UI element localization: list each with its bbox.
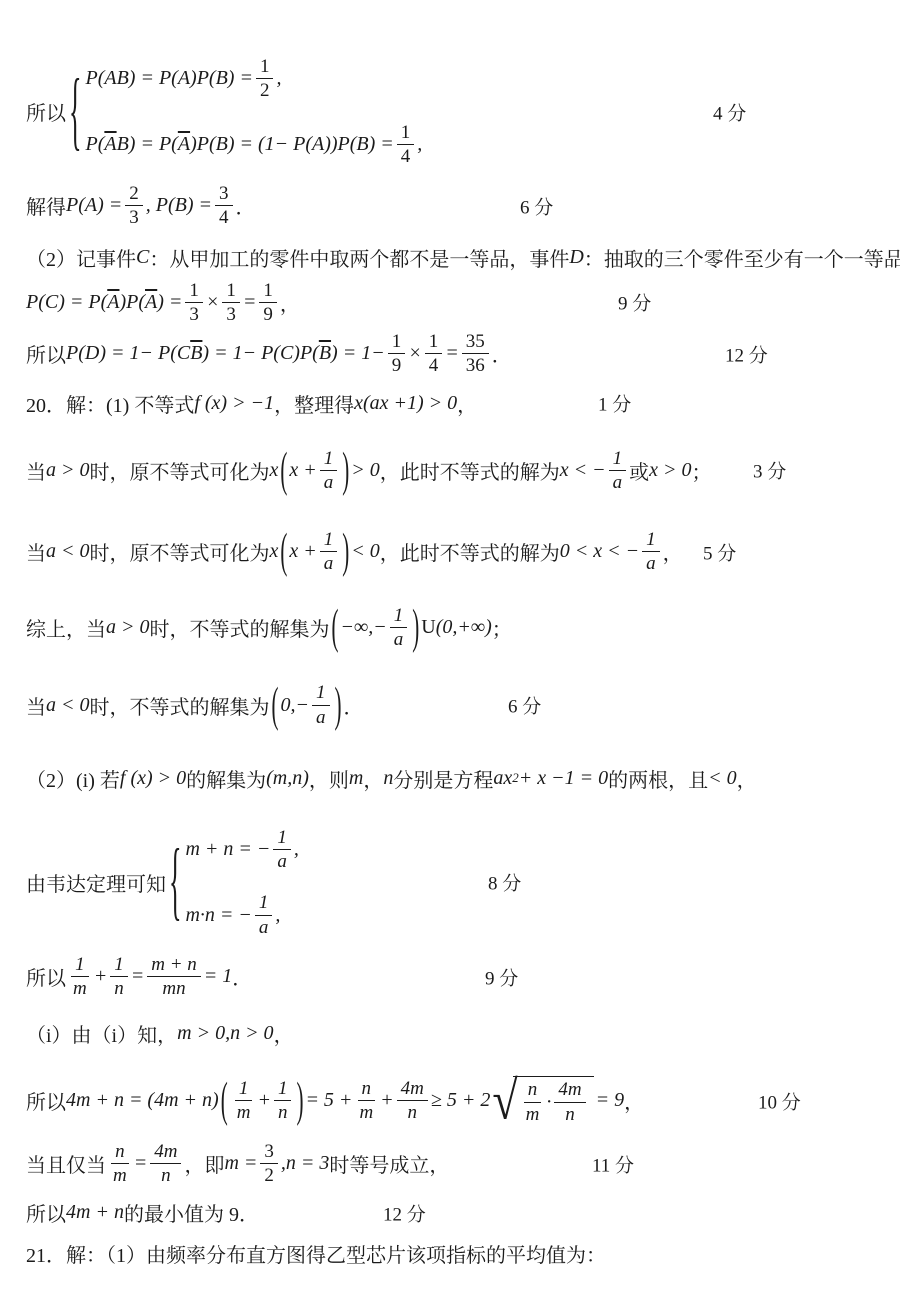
text-run: ，整理得 (274, 389, 354, 418)
fraction: m + nmn (147, 954, 201, 1000)
score-marker: 6 分 (508, 692, 541, 719)
fraction-numerator: 1 (390, 605, 408, 628)
overline-variable: A (104, 133, 116, 156)
system-brace-icon: { (169, 838, 181, 926)
math-run: x (270, 540, 279, 563)
fraction-numerator: 1 (609, 448, 627, 471)
math-run: x + (289, 459, 316, 482)
math-run: = 5 + (305, 1089, 352, 1112)
fraction: 1a (642, 529, 660, 575)
fraction-numerator: 1 (110, 954, 128, 977)
fraction-numerator: 1 (222, 280, 240, 303)
math-run: , (276, 67, 281, 90)
math-run: > 0 (351, 459, 380, 482)
text-run: 时等号成立， (329, 1149, 449, 1178)
big-paren: ( (272, 681, 279, 729)
text-run: ． (232, 962, 252, 991)
text-run: 时，原不等式可化为 (90, 456, 270, 485)
math-run: = (134, 1152, 148, 1175)
text-run: 当 (26, 537, 46, 566)
fraction-denominator: m (109, 1164, 131, 1186)
math-run: B) = P( (117, 133, 178, 156)
math-run: < 0 (351, 540, 380, 563)
score-marker: 9 分 (485, 963, 518, 990)
math-run: )P(B) = (1− P(A))P(B) = (190, 133, 394, 156)
fraction-numerator: 1 (397, 122, 415, 145)
fraction: 1a (609, 448, 627, 494)
fraction-denominator: 36 (462, 354, 489, 376)
fraction: 1n (274, 1078, 292, 1124)
math-run: , (275, 904, 280, 927)
fraction: 4mn (150, 1141, 181, 1187)
text-run: 的解集为 (186, 764, 266, 793)
math-run: m (349, 767, 363, 790)
big-paren: ) (296, 1076, 303, 1124)
text-run: （2）(i) 若 (26, 764, 120, 793)
fraction: 19 (259, 280, 277, 326)
fraction: 19 (388, 331, 406, 377)
text-run: ，即 (184, 1149, 224, 1178)
solution-line: 综上，当a > 0时，不等式的解集为(−∞,−1a)U(0,+∞)； (26, 605, 884, 651)
solution-line: 所以{P(AB) = P(A)P(B) = 12,P(AB) = P(A)P(B… (26, 56, 884, 167)
system-rows: m + n = −1a,m·n = −1a, (185, 827, 298, 938)
solution-line: P(C) = P(A)P(A) = 13×13 = 19，9 分 (26, 280, 884, 326)
overline-variable: B (190, 342, 202, 365)
math-run: x(ax +1) > 0 (354, 392, 457, 415)
fraction-numerator: n (358, 1078, 376, 1101)
math-run: P(A) = (66, 194, 122, 217)
score-marker: 4 分 (713, 98, 746, 125)
math-run: x < − (560, 459, 606, 482)
system-row: m·n = −1a, (185, 892, 298, 938)
fraction-denominator: a (609, 471, 627, 493)
fraction-numerator: 1 (320, 448, 338, 471)
math-run: 0 < x < − (560, 540, 639, 563)
solution-line: 所以P(D) = 1− P(CB) = 1− P(C)P(B) = 1−19×1… (26, 331, 884, 377)
text-run: ， (280, 288, 300, 317)
fraction-numerator: 4m (150, 1141, 181, 1164)
fraction-denominator: n (110, 977, 128, 999)
solution-line: 20．解：(1) 不等式 f (x) > −1，整理得 x(ax +1) > 0… (26, 389, 884, 418)
text-run: ，此时不等式的解为 (380, 456, 560, 485)
text-run: ，则 (309, 764, 349, 793)
fraction-numerator: 3 (215, 183, 233, 206)
math-run: ) = 1− P(C)P( (202, 342, 318, 365)
fraction-denominator: m (69, 977, 91, 999)
fraction-denominator: 3 (125, 206, 143, 228)
text-run: 时，不等式的解集为 (150, 613, 330, 642)
score-marker: 1 分 (598, 390, 631, 417)
score-marker: 6 分 (520, 192, 553, 219)
solution-line: 当a > 0时，原不等式可化为 x(x +1a)> 0，此时不等式的解为 x <… (26, 448, 884, 494)
big-paren: ( (280, 528, 287, 576)
fraction-numerator: 1 (185, 280, 203, 303)
fraction: 1a (390, 605, 408, 651)
fraction-numerator: 35 (462, 331, 489, 354)
fraction-denominator: 9 (388, 354, 406, 376)
math-run: a < 0 (46, 540, 90, 563)
fraction: nm (109, 1141, 131, 1187)
text-run: 的最小值为 9． (124, 1198, 259, 1227)
text-run: ； (492, 613, 512, 642)
math-run: x > 0 (649, 459, 691, 482)
overline-variable: A (107, 291, 119, 314)
text-run: 当 (26, 691, 46, 720)
text-run: 当且仅当 (26, 1149, 106, 1178)
fraction-denominator: a (255, 916, 273, 938)
math-run: × (408, 342, 422, 365)
fraction: 1m (69, 954, 91, 1000)
math-run: (0,+∞) (436, 616, 492, 639)
text-run: 当 (26, 456, 46, 485)
math-run: < 0 (708, 767, 737, 790)
system-rows: P(AB) = P(A)P(B) = 12,P(AB) = P(A)P(B) =… (85, 56, 422, 167)
fraction-denominator: n (404, 1101, 422, 1123)
math-run: = (131, 965, 145, 988)
big-paren: ) (412, 603, 419, 651)
math-run: a < 0 (46, 694, 90, 717)
fraction: 1a (320, 448, 338, 494)
fraction: 34 (215, 183, 233, 229)
math-run: )P( (119, 291, 145, 314)
text-run: ：从甲加工的零件中取两个都不是一等品，事件 (149, 243, 569, 272)
fraction-denominator: n (274, 1101, 292, 1123)
document-page: 所以{P(AB) = P(A)P(B) = 12,P(AB) = P(A)P(B… (0, 0, 900, 1290)
score-marker: 9 分 (618, 289, 651, 316)
text-run: 或 (629, 456, 649, 485)
equation-system: {m + n = −1a,m·n = −1a, (168, 827, 299, 938)
text-run: ：抽取的三个零件至少有一个一等品，则 (584, 243, 900, 272)
fraction-numerator: 1 (256, 56, 274, 79)
text-run: （i）由（i）知， (26, 1019, 177, 1048)
math-run: m + n = − (185, 838, 270, 861)
fraction-denominator: 3 (185, 303, 203, 325)
text-run: 时，不等式的解集为 (90, 691, 270, 720)
math-run: ,n = 3 (281, 1152, 330, 1175)
fraction: 1n (110, 954, 128, 1000)
math-run: ≥ 5 + 2 (431, 1089, 490, 1112)
math-run: ax (493, 767, 512, 790)
math-run: 4m + n = (4m + n) (66, 1089, 219, 1112)
math-run: P(C) = P( (26, 291, 107, 314)
math-run: = 1 (204, 965, 233, 988)
fraction-denominator: a (390, 628, 408, 650)
fraction: 1a (273, 827, 291, 873)
fraction-denominator: a (320, 471, 338, 493)
math-run: m = (224, 1152, 257, 1175)
math-run: f (x) > −1 (194, 392, 274, 415)
fraction: nm (355, 1078, 377, 1124)
math-run: , (417, 133, 422, 156)
text-run: 所以 (26, 97, 66, 126)
fraction-numerator: 2 (125, 183, 143, 206)
system-row: m + n = −1a, (185, 827, 298, 873)
system-row: P(AB) = P(A)P(B) = 12, (85, 56, 422, 102)
math-run: = 9 (596, 1089, 625, 1112)
fraction-numerator: 1 (274, 1078, 292, 1101)
fraction: 23 (125, 183, 143, 229)
solution-line: 解得P(A) = 23, P(B) = 34．6 分 (26, 183, 884, 229)
solution-line: 所以4m + n = (4m + n)(1m+1n)= 5 +nm+4mn≥ 5… (26, 1076, 884, 1125)
fraction-denominator: 4 (425, 354, 443, 376)
score-marker: 12 分 (383, 1199, 426, 1226)
math-run: m > 0,n > 0 (177, 1022, 273, 1045)
solution-line: （i）由（i）知，m > 0,n > 0， (26, 1019, 884, 1048)
fraction: 13 (185, 280, 203, 326)
fraction-numerator: 1 (312, 682, 330, 705)
math-run: P( (85, 133, 104, 156)
score-marker: 5 分 (703, 538, 736, 565)
fraction: 4mn (554, 1079, 585, 1125)
text-run: 分别是方程 (393, 764, 493, 793)
solution-line: 21．解：（1）由频率分布直方图得乙型芯片该项指标的平均值为： (26, 1239, 884, 1268)
fraction: nm (522, 1079, 544, 1125)
solution-line: 由韦达定理可知{m + n = −1a,m·n = −1a,8 分 (26, 827, 884, 938)
text-run: ，此时不等式的解为 (380, 537, 560, 566)
fraction: 4mn (397, 1078, 428, 1124)
fraction-denominator: a (273, 850, 291, 872)
math-run: × (206, 291, 220, 314)
text-run: ， (274, 1019, 294, 1048)
math-run: P(D) = 1− P(C (66, 342, 190, 365)
fraction-numerator: 1 (259, 280, 277, 303)
system-row: P(AB) = P(A)P(B) = (1− P(A))P(B) = 14, (85, 122, 422, 168)
math-run: n (383, 767, 393, 790)
math-run: (m,n) (266, 767, 309, 790)
text-run: 的两根，且 (608, 764, 708, 793)
big-paren: ) (342, 528, 349, 576)
fraction: 1a (312, 682, 330, 728)
solution-line: 当a < 0时，原不等式可化为 x(x +1a)< 0，此时不等式的解为 0 <… (26, 529, 884, 575)
fraction: 3536 (462, 331, 489, 377)
math-run: P(AB) = P(A)P(B) = (85, 67, 252, 90)
fraction-numerator: 4m (554, 1079, 585, 1102)
text-run: 所以 (26, 1086, 66, 1115)
math-run: C (136, 246, 149, 269)
text-run: ． (344, 691, 364, 720)
math-run: = (243, 291, 257, 314)
big-paren: ) (342, 446, 349, 494)
fraction: 13 (222, 280, 240, 326)
fraction-denominator: m (233, 1101, 255, 1123)
big-paren: ( (332, 603, 339, 651)
solution-line: 当a < 0时，不等式的解集为(0,−1a)．6 分 (26, 682, 884, 728)
solution-line: （2）(i) 若 f (x) > 0的解集为(m,n)，则 m，n分别是方程 a… (26, 764, 884, 793)
fraction-numerator: 1 (320, 529, 338, 552)
math-run: ) = 1− (331, 342, 385, 365)
overline-variable: A (145, 291, 157, 314)
fraction-denominator: n (157, 1164, 175, 1186)
math-run: m·n = − (185, 904, 251, 927)
solution-line: 所以1m+1n=m + nmn= 1．9 分 (26, 954, 884, 1000)
text-run: ， (363, 764, 383, 793)
math-run: ) = (157, 291, 182, 314)
fraction: 14 (425, 331, 443, 377)
fraction: 1m (233, 1078, 255, 1124)
text-run: 所以 (26, 962, 66, 991)
math-run: a > 0 (46, 459, 90, 482)
fraction-denominator: 4 (215, 206, 233, 228)
text-run: ； (692, 456, 712, 485)
text-run: （2）记事件 (26, 243, 136, 272)
score-marker: 11 分 (592, 1150, 634, 1177)
math-run: x + (289, 540, 316, 563)
math-run: 4m + n (66, 1201, 124, 1224)
math-run: + (380, 1089, 394, 1112)
fraction-numerator: n (111, 1141, 129, 1164)
fraction: 32 (260, 1141, 278, 1187)
math-run: , P(B) = (146, 194, 212, 217)
text-run: 由韦达定理可知 (26, 868, 166, 897)
text-run: 20．解：(1) 不等式 (26, 389, 194, 418)
solution-line: （2）记事件 C：从甲加工的零件中取两个都不是一等品，事件 D：抽取的三个零件至… (26, 243, 884, 272)
fraction: 1a (255, 892, 273, 938)
radicand: nm·4mn (513, 1076, 594, 1125)
big-paren: ( (221, 1076, 228, 1124)
fraction-denominator: a (312, 706, 330, 728)
overline-variable: B (319, 342, 331, 365)
text-run: ． (492, 339, 512, 368)
square-root: √nm·4mn (492, 1076, 593, 1125)
text-run: ， (624, 1086, 644, 1115)
system-brace-icon: { (69, 67, 81, 155)
text-run: 所以 (26, 339, 66, 368)
math-run: D (569, 246, 583, 269)
fraction-numerator: m + n (147, 954, 201, 977)
big-paren: ) (335, 681, 342, 729)
text-run: 21．解：（1）由频率分布直方图得乙型芯片该项指标的平均值为： (26, 1239, 606, 1268)
fraction-numerator: 1 (255, 892, 273, 915)
fraction-denominator: a (642, 552, 660, 574)
fraction-denominator: 2 (256, 79, 274, 101)
math-run: f (x) > 0 (120, 767, 186, 790)
fraction-denominator: m (355, 1101, 377, 1123)
score-marker: 10 分 (758, 1087, 801, 1114)
fraction-denominator: 4 (397, 145, 415, 167)
fraction-denominator: a (320, 552, 338, 574)
text-run: 解得 (26, 191, 66, 220)
overline-variable: A (178, 133, 190, 156)
math-run: −∞,− (341, 616, 387, 639)
math-run: + (257, 1089, 271, 1112)
fraction-numerator: 1 (71, 954, 89, 977)
solution-line: 所以4m + n的最小值为 9．12 分 (26, 1198, 884, 1227)
text-run: ， (663, 537, 683, 566)
math-run: 0,− (281, 694, 310, 717)
score-marker: 8 分 (488, 869, 521, 896)
math-run: , (294, 838, 299, 861)
fraction-denominator: mn (158, 977, 189, 999)
fraction-numerator: 1 (642, 529, 660, 552)
fraction-denominator: m (522, 1103, 544, 1125)
fraction: 12 (256, 56, 274, 102)
fraction-denominator: 2 (260, 1164, 278, 1186)
fraction-numerator: n (524, 1079, 542, 1102)
text-run: ， (457, 389, 477, 418)
fraction-numerator: 1 (388, 331, 406, 354)
fraction-denominator: n (561, 1103, 579, 1125)
math-run: = (445, 342, 459, 365)
math-run: x (270, 459, 279, 482)
score-marker: 3 分 (753, 457, 786, 484)
big-paren: ( (280, 446, 287, 494)
equation-system: {P(AB) = P(A)P(B) = 12,P(AB) = P(A)P(B) … (68, 56, 422, 167)
fraction: 14 (397, 122, 415, 168)
text-run: 所以 (26, 1198, 66, 1227)
text-run: ， (737, 764, 757, 793)
fraction-numerator: 1 (425, 331, 443, 354)
fraction-numerator: 4m (397, 1078, 428, 1101)
fraction-numerator: 1 (235, 1078, 253, 1101)
math-run: + (94, 965, 108, 988)
score-marker: 12 分 (725, 340, 768, 367)
text-run: U (421, 616, 435, 639)
fraction-denominator: 3 (222, 303, 240, 325)
fraction: 1a (320, 529, 338, 575)
text-run: 综上，当 (26, 613, 106, 642)
math-run: + x −1 = 0 (519, 767, 608, 790)
fraction-denominator: 9 (259, 303, 277, 325)
text-run: 时，原不等式可化为 (90, 537, 270, 566)
fraction-numerator: 1 (273, 827, 291, 850)
math-run: a > 0 (106, 616, 150, 639)
solution-line: 当且仅当nm=4mn，即m =32,n = 3时等号成立，11 分 (26, 1141, 884, 1187)
fraction-numerator: 3 (260, 1141, 278, 1164)
text-run: ． (236, 191, 256, 220)
math-run: · (546, 1091, 551, 1114)
